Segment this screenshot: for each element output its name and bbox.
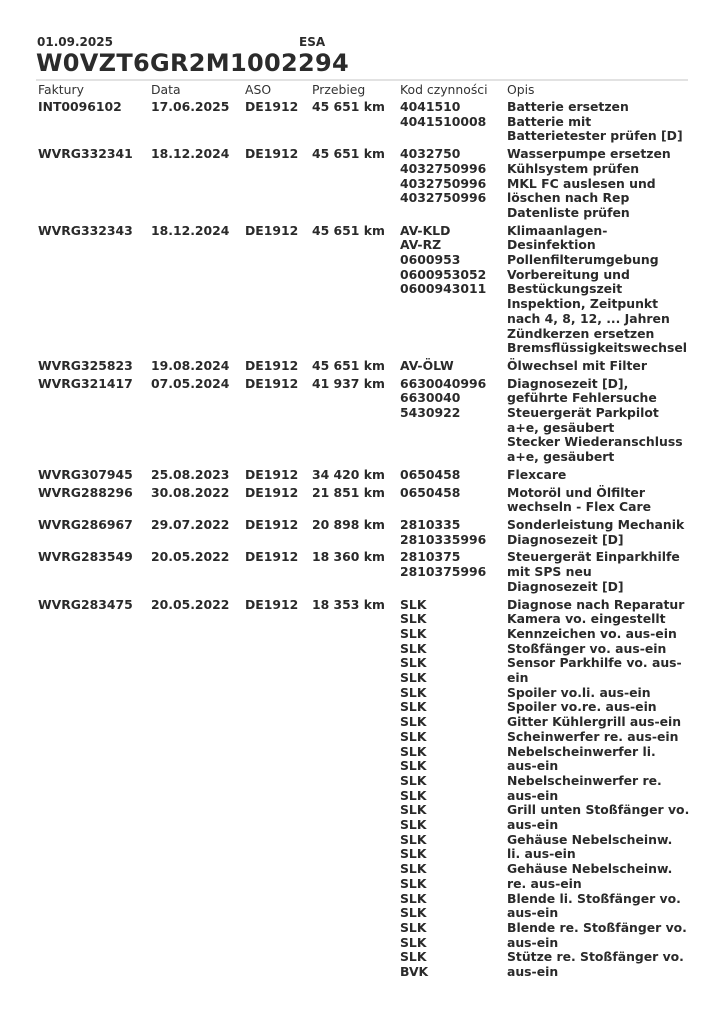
- invoice-cell: WVRG286967: [36, 518, 151, 550]
- operation-code: SLK: [400, 833, 507, 848]
- description-line: Spoiler vo.re. aus-ein: [507, 700, 697, 715]
- description-cell: Diagnosezeit [D],geführte FehlersucheSte…: [507, 377, 697, 468]
- description-line: wechseln - Flex Care: [507, 500, 697, 515]
- operation-code: 2810335996: [400, 533, 507, 548]
- operation-codes-cell: AV-ÖLW: [400, 359, 507, 377]
- description-line: Klimaanlagen-: [507, 224, 697, 239]
- description-line: Bestückungszeit: [507, 282, 697, 297]
- aso-cell: DE1912: [245, 147, 312, 224]
- description-line: löschen nach Rep: [507, 191, 697, 206]
- operation-code: SLK: [400, 847, 507, 862]
- description-line: Sensor Parkhilfe vo. aus-: [507, 656, 697, 671]
- operation-code: SLK: [400, 627, 507, 642]
- table-row: INT009610217.06.2025DE191245 651 km40415…: [36, 100, 697, 147]
- operation-code: SLK: [400, 950, 507, 965]
- description-line: Blende li. Stoßfänger vo.: [507, 892, 697, 907]
- description-line: Motoröl und Ölfilter: [507, 486, 697, 501]
- date-cell: 19.08.2024: [151, 359, 245, 377]
- mileage-cell: 45 651 km: [312, 224, 400, 359]
- description-line: Steuergerät Parkpilot: [507, 406, 697, 421]
- description-line: aus-ein: [507, 789, 697, 804]
- invoice-cell: INT0096102: [36, 100, 151, 147]
- aso-cell: DE1912: [245, 377, 312, 468]
- mileage-cell: 45 651 km: [312, 100, 400, 147]
- column-header-operation-code: Kod czynności: [400, 81, 507, 100]
- mileage-cell: 18 353 km: [312, 598, 400, 983]
- operation-code: SLK: [400, 759, 507, 774]
- mileage-cell: 41 937 km: [312, 377, 400, 468]
- invoice-cell: WVRG307945: [36, 468, 151, 486]
- operation-code: 0650458: [400, 468, 507, 483]
- description-line: nach 4, 8, 12, ... Jahren: [507, 312, 697, 327]
- operation-code: 0600953: [400, 253, 507, 268]
- description-line: Kennzeichen vo. aus-ein: [507, 627, 697, 642]
- operation-code: SLK: [400, 700, 507, 715]
- report-label: ESA: [299, 35, 325, 49]
- operation-code: 2810335: [400, 518, 507, 533]
- aso-cell: DE1912: [245, 224, 312, 359]
- description-line: aus-ein: [507, 936, 697, 951]
- invoice-cell: WVRG283549: [36, 550, 151, 597]
- description-line: mit SPS neu: [507, 565, 697, 580]
- description-line: a+e, gesäubert: [507, 421, 697, 436]
- operation-code: SLK: [400, 936, 507, 951]
- operation-code: SLK: [400, 774, 507, 789]
- description-line: Stecker Wiederanschluss: [507, 435, 697, 450]
- description-line: ein: [507, 671, 697, 686]
- column-header-aso: ASO: [245, 81, 312, 100]
- operation-code: AV-ÖLW: [400, 359, 507, 374]
- date-cell: 20.05.2022: [151, 598, 245, 983]
- aso-cell: DE1912: [245, 598, 312, 983]
- mileage-cell: 45 651 km: [312, 359, 400, 377]
- description-line: li. aus-ein: [507, 847, 697, 862]
- invoice-cell: WVRG332341: [36, 147, 151, 224]
- operation-code: SLK: [400, 598, 507, 613]
- operation-codes-cell: 663004099666300405430922: [400, 377, 507, 468]
- description-line: aus-ein: [507, 906, 697, 921]
- operation-code: 4041510: [400, 100, 507, 115]
- description-line: Batterie mit: [507, 115, 697, 130]
- invoice-cell: WVRG288296: [36, 486, 151, 518]
- description-line: Nebelscheinwerfer re.: [507, 774, 697, 789]
- operation-code: 5430922: [400, 406, 507, 421]
- operation-code: SLK: [400, 745, 507, 760]
- table-row: WVRG32141707.05.2024DE191241 937 km66300…: [36, 377, 697, 468]
- operation-codes-cell: 0650458: [400, 486, 507, 518]
- operation-code: AV-KLD: [400, 224, 507, 239]
- description-line: Stütze re. Stoßfänger vo.: [507, 950, 697, 965]
- description-line: Stoßfänger vo. aus-ein: [507, 642, 697, 657]
- description-line: aus-ein: [507, 965, 697, 980]
- operation-code: SLK: [400, 715, 507, 730]
- operation-code: SLK: [400, 789, 507, 804]
- description-cell: Steuergerät Einparkhilfemit SPS neuDiagn…: [507, 550, 697, 597]
- invoice-cell: WVRG321417: [36, 377, 151, 468]
- operation-code: SLK: [400, 642, 507, 657]
- description-cell: Ölwechsel mit Filter: [507, 359, 697, 377]
- description-line: Sonderleistung Mechanik: [507, 518, 697, 533]
- operation-code: 6630040: [400, 391, 507, 406]
- service-history-table: Faktury Data ASO Przebieg Kod czynności …: [36, 81, 697, 983]
- column-header-mileage: Przebieg: [312, 81, 400, 100]
- table-row: WVRG28829630.08.2022DE191221 851 km06504…: [36, 486, 697, 518]
- table-row: WVRG28696729.07.2022DE191220 898 km28103…: [36, 518, 697, 550]
- description-line: a+e, gesäubert: [507, 450, 697, 465]
- description-line: Batterie ersetzen: [507, 100, 697, 115]
- operation-codes-cell: 28103352810335996: [400, 518, 507, 550]
- date-cell: 25.08.2023: [151, 468, 245, 486]
- description-cell: Klimaanlagen-DesinfektionPollenfilterumg…: [507, 224, 697, 359]
- description-line: Kamera vo. eingestellt: [507, 612, 697, 627]
- description-line: Wasserpumpe ersetzen: [507, 147, 697, 162]
- description-line: MKL FC auslesen und: [507, 177, 697, 192]
- description-line: Kühlsystem prüfen: [507, 162, 697, 177]
- aso-cell: DE1912: [245, 486, 312, 518]
- operation-code: SLK: [400, 906, 507, 921]
- operation-code: 4032750996: [400, 177, 507, 192]
- operation-code: SLK: [400, 612, 507, 627]
- description-line: Vorbereitung und: [507, 268, 697, 283]
- description-line: Ölwechsel mit Filter: [507, 359, 697, 374]
- description-line: Pollenfilterumgebung: [507, 253, 697, 268]
- table-row: WVRG28347520.05.2022DE191218 353 kmSLKSL…: [36, 598, 697, 983]
- operation-code: SLK: [400, 730, 507, 745]
- operation-code: SLK: [400, 892, 507, 907]
- operation-code: 2810375996: [400, 565, 507, 580]
- operation-code: SLK: [400, 656, 507, 671]
- operation-code: 4032750996: [400, 162, 507, 177]
- operation-code: SLK: [400, 877, 507, 892]
- date-cell: 07.05.2024: [151, 377, 245, 468]
- description-line: geführte Fehlersuche: [507, 391, 697, 406]
- operation-code: SLK: [400, 671, 507, 686]
- table-row: WVRG33234318.12.2024DE191245 651 kmAV-KL…: [36, 224, 697, 359]
- vin-title: W0VZT6GR2M1002294: [36, 49, 349, 77]
- description-line: Gitter Kühlergrill aus-ein: [507, 715, 697, 730]
- description-line: Nebelscheinwerfer li.: [507, 745, 697, 760]
- mileage-cell: 20 898 km: [312, 518, 400, 550]
- invoice-cell: WVRG332343: [36, 224, 151, 359]
- column-header-invoice: Faktury: [36, 81, 151, 100]
- invoice-cell: WVRG283475: [36, 598, 151, 983]
- description-cell: Diagnose nach ReparaturKamera vo. einges…: [507, 598, 697, 983]
- description-line: Datenliste prüfen: [507, 206, 697, 221]
- operation-codes-cell: 4032750403275099640327509964032750996: [400, 147, 507, 224]
- mileage-cell: 34 420 km: [312, 468, 400, 486]
- description-cell: Wasserpumpe ersetzenKühlsystem prüfenMKL…: [507, 147, 697, 224]
- date-cell: 18.12.2024: [151, 147, 245, 224]
- operation-codes-cell: 0650458: [400, 468, 507, 486]
- operation-code: SLK: [400, 862, 507, 877]
- description-line: aus-ein: [507, 759, 697, 774]
- operation-code: 0650458: [400, 486, 507, 501]
- operation-codes-cell: SLKSLKSLKSLKSLKSLKSLKSLKSLKSLKSLKSLKSLKS…: [400, 598, 507, 983]
- aso-cell: DE1912: [245, 359, 312, 377]
- operation-code: BVK: [400, 965, 507, 980]
- operation-code: SLK: [400, 803, 507, 818]
- operation-code: 4032750996: [400, 191, 507, 206]
- description-line: Grill unten Stoßfänger vo.: [507, 803, 697, 818]
- operation-code: AV-RZ: [400, 238, 507, 253]
- mileage-cell: 45 651 km: [312, 147, 400, 224]
- description-cell: Sonderleistung MechanikDiagnosezeit [D]: [507, 518, 697, 550]
- operation-code: 0600943011: [400, 282, 507, 297]
- aso-cell: DE1912: [245, 468, 312, 486]
- description-line: Diagnosezeit [D],: [507, 377, 697, 392]
- aso-cell: DE1912: [245, 550, 312, 597]
- date-cell: 29.07.2022: [151, 518, 245, 550]
- operation-code: 6630040996: [400, 377, 507, 392]
- table-row: WVRG28354920.05.2022DE191218 360 km28103…: [36, 550, 697, 597]
- table-row: WVRG32582319.08.2024DE191245 651 kmAV-ÖL…: [36, 359, 697, 377]
- description-line: aus-ein: [507, 818, 697, 833]
- description-line: Diagnosezeit [D]: [507, 533, 697, 548]
- description-line: re. aus-ein: [507, 877, 697, 892]
- report-date: 01.09.2025: [37, 35, 113, 49]
- aso-cell: DE1912: [245, 518, 312, 550]
- operation-code: 2810375: [400, 550, 507, 565]
- operation-code: 4041510008: [400, 115, 507, 130]
- mileage-cell: 21 851 km: [312, 486, 400, 518]
- table-row: WVRG33234118.12.2024DE191245 651 km40327…: [36, 147, 697, 224]
- operation-code: 0600953052: [400, 268, 507, 283]
- description-line: Gehäuse Nebelscheinw.: [507, 833, 697, 848]
- description-line: Diagnosezeit [D]: [507, 580, 697, 595]
- description-line: Blende re. Stoßfänger vo.: [507, 921, 697, 936]
- date-cell: 17.06.2025: [151, 100, 245, 147]
- description-cell: Batterie ersetzenBatterie mitBatterietes…: [507, 100, 697, 147]
- description-line: Gehäuse Nebelscheinw.: [507, 862, 697, 877]
- operation-code: SLK: [400, 921, 507, 936]
- description-line: Spoiler vo.li. aus-ein: [507, 686, 697, 701]
- description-line: Scheinwerfer re. aus-ein: [507, 730, 697, 745]
- operation-codes-cell: AV-KLDAV-RZ060095306009530520600943011: [400, 224, 507, 359]
- invoice-cell: WVRG325823: [36, 359, 151, 377]
- operation-codes-cell: 28103752810375996: [400, 550, 507, 597]
- description-cell: Flexcare: [507, 468, 697, 486]
- operation-codes-cell: 40415104041510008: [400, 100, 507, 147]
- description-line: Diagnose nach Reparatur: [507, 598, 697, 613]
- operation-code: 4032750: [400, 147, 507, 162]
- table-row: WVRG30794525.08.2023DE191234 420 km06504…: [36, 468, 697, 486]
- description-line: Desinfektion: [507, 238, 697, 253]
- date-cell: 18.12.2024: [151, 224, 245, 359]
- description-line: Bremsflüssigkeitswechsel: [507, 341, 697, 356]
- description-line: Flexcare: [507, 468, 697, 483]
- column-header-date: Data: [151, 81, 245, 100]
- description-line: Inspektion, Zeitpunkt: [507, 297, 697, 312]
- date-cell: 20.05.2022: [151, 550, 245, 597]
- operation-code: SLK: [400, 818, 507, 833]
- mileage-cell: 18 360 km: [312, 550, 400, 597]
- description-line: Zündkerzen ersetzen: [507, 327, 697, 342]
- aso-cell: DE1912: [245, 100, 312, 147]
- operation-code: SLK: [400, 686, 507, 701]
- table-header-row: Faktury Data ASO Przebieg Kod czynności …: [36, 81, 697, 100]
- date-cell: 30.08.2022: [151, 486, 245, 518]
- description-line: Batterietester prüfen [D]: [507, 129, 697, 144]
- column-header-description: Opis: [507, 81, 697, 100]
- description-line: Steuergerät Einparkhilfe: [507, 550, 697, 565]
- description-cell: Motoröl und Ölfilterwechseln - Flex Care: [507, 486, 697, 518]
